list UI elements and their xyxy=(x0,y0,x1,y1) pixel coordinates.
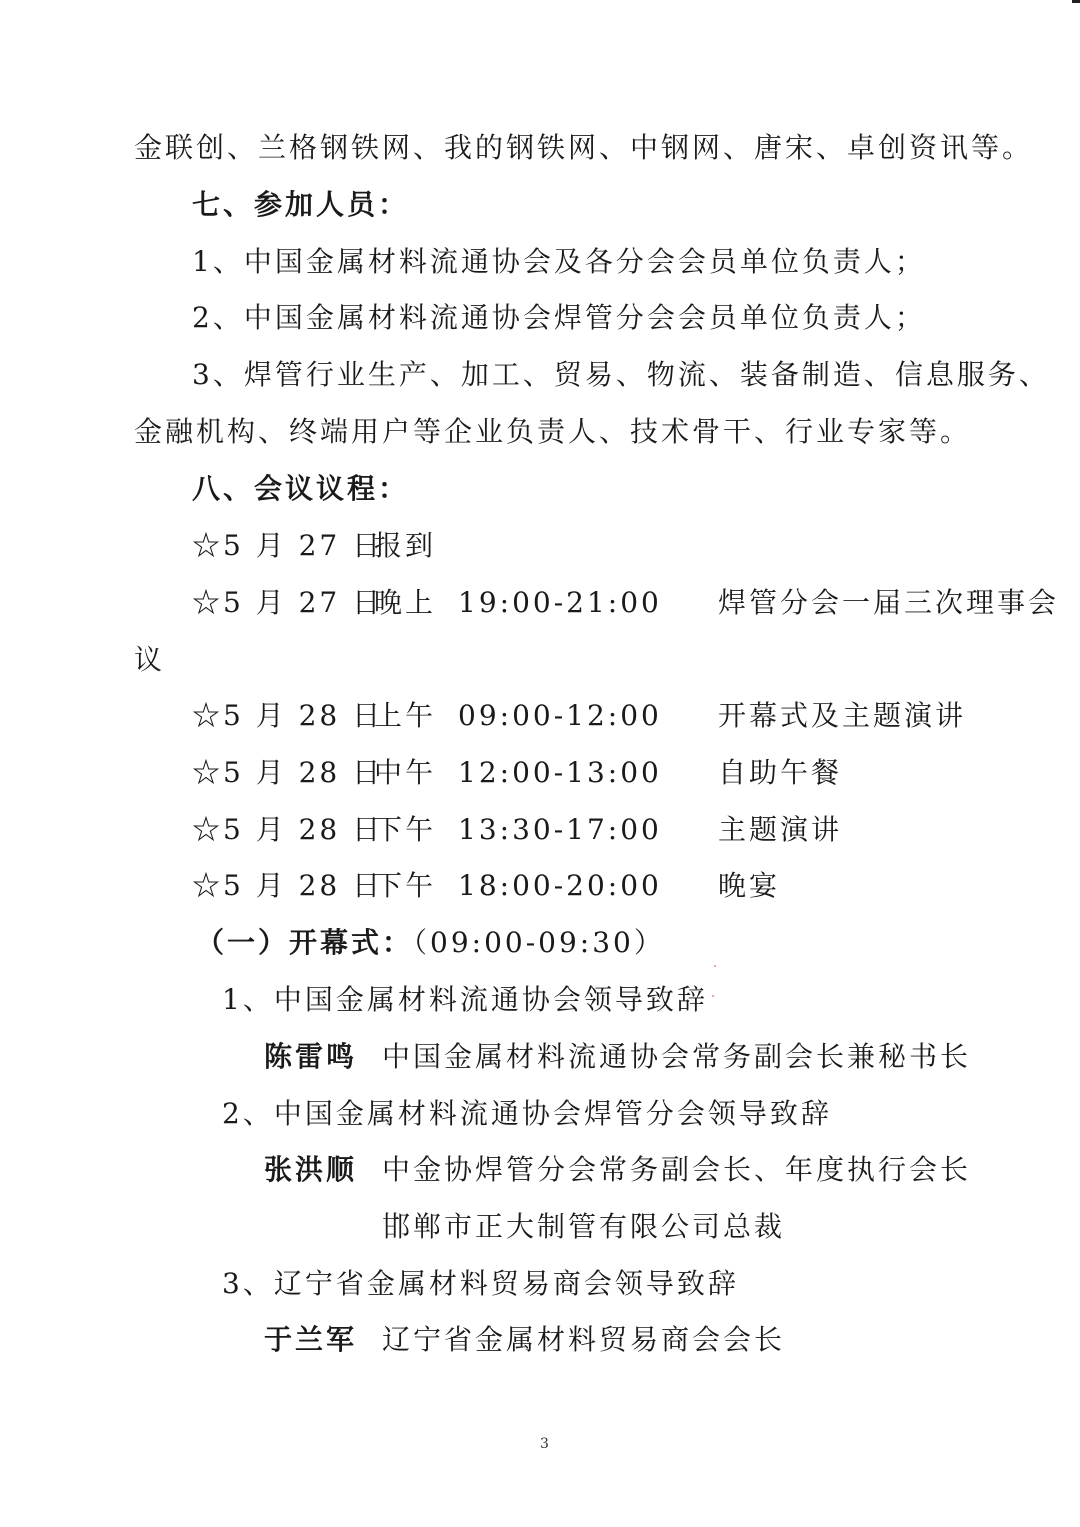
document-page: 金联创、兰格钢铁网、我的钢铁网、中钢网、唐宋、卓创资讯等。 七、参加人员： 1、… xyxy=(0,0,1080,1527)
scan-speck xyxy=(714,965,716,967)
participant-item: 1、中国金属材料流通协会及各分会会员单位负责人； xyxy=(192,244,926,280)
speaker-role: 中国金属材料流通协会常务副会长兼秘书长 xyxy=(382,1040,971,1073)
agenda-event: 主题演讲 xyxy=(718,813,842,846)
agenda-event-wrap: 议 xyxy=(134,642,165,678)
page-number: 3 xyxy=(540,1436,549,1452)
agenda-period: 下午 xyxy=(374,869,436,902)
speech-title: 1、中国金属材料流通协会领导致辞 xyxy=(222,982,708,1018)
scan-speck xyxy=(712,995,714,997)
agenda-date: ☆5 月 27 日 xyxy=(192,585,374,621)
speaker-row: 张洪顺中金协焊管分会常务副会长、年度执行会长 xyxy=(264,1152,971,1188)
agenda-time: 12:00-13:00 xyxy=(458,755,718,791)
agenda-event: 晚宴 xyxy=(718,869,780,902)
agenda-period: 晚上 xyxy=(374,586,436,619)
agenda-date: ☆5 月 28 日 xyxy=(192,868,374,904)
agenda-date: ☆5 月 28 日 xyxy=(192,755,374,791)
agenda-date: ☆5 月 28 日 xyxy=(192,698,374,734)
agenda-event: 自助午餐 xyxy=(718,756,842,789)
agenda-date: ☆5 月 28 日 xyxy=(192,812,374,848)
speaker-row: 陈雷鸣中国金属材料流通协会常务副会长兼秘书长 xyxy=(264,1039,971,1075)
scan-corner-mark xyxy=(1072,0,1080,3)
speaker-name: 于兰军 xyxy=(264,1322,382,1358)
agenda-period: 下午 xyxy=(374,813,436,846)
agenda-event: 开幕式及主题演讲 xyxy=(718,699,966,732)
speaker-row: 于兰军辽宁省金属材料贸易商会会长 xyxy=(264,1322,785,1358)
agenda-time: 18:00-20:00 xyxy=(458,868,718,904)
agenda-period: 上午 xyxy=(374,699,436,732)
speaker-name: 张洪顺 xyxy=(264,1152,382,1188)
participant-item: 2、中国金属材料流通协会焊管分会会员单位负责人； xyxy=(192,300,926,336)
agenda-row: ☆5 月 28 日上午09:00-12:00开幕式及主题演讲 xyxy=(192,698,966,734)
speech-title: 2、中国金属材料流通协会焊管分会领导致辞 xyxy=(222,1096,832,1132)
speech-title: 3、辽宁省金属材料贸易商会领导致辞 xyxy=(222,1266,739,1302)
opening-heading-label: （一）开幕式： xyxy=(196,926,413,959)
agenda-event: 报到 xyxy=(374,529,436,562)
agenda-row: ☆5 月 28 日下午13:30-17:00主题演讲 xyxy=(192,812,842,848)
agenda-row: ☆5 月 28 日下午18:00-20:00晚宴 xyxy=(192,868,780,904)
agenda-time: 13:30-17:00 xyxy=(458,812,718,848)
section-heading-participants: 七、参加人员： xyxy=(192,187,409,223)
agenda-row: ☆5 月 28 日中午12:00-13:00自助午餐 xyxy=(192,755,842,791)
intro-line: 金联创、兰格钢铁网、我的钢铁网、中钢网、唐宋、卓创资讯等。 xyxy=(134,130,1033,166)
speaker-role-continued: 邯郸市正大制管有限公司总裁 xyxy=(382,1209,785,1245)
section-heading-agenda: 八、会议议程： xyxy=(192,471,409,507)
speaker-role: 中金协焊管分会常务副会长、年度执行会长 xyxy=(382,1153,971,1186)
agenda-time: 19:00-21:00 xyxy=(458,585,718,621)
agenda-period: 中午 xyxy=(374,756,436,789)
agenda-date: ☆5 月 27 日 xyxy=(192,528,374,564)
agenda-row: ☆5 月 27 日晚上19:00-21:00焊管分会一届三次理事会 xyxy=(192,585,1059,621)
agenda-time: 09:00-12:00 xyxy=(458,698,718,734)
agenda-event: 焊管分会一届三次理事会 xyxy=(718,586,1059,619)
opening-ceremony-heading: （一）开幕式：（09:00-09:30） xyxy=(196,925,665,961)
opening-heading-time: （09:00-09:30） xyxy=(413,926,665,959)
speaker-name: 陈雷鸣 xyxy=(264,1039,382,1075)
participant-item-continued: 金融机构、终端用户等企业负责人、技术骨干、行业专家等。 xyxy=(134,414,971,450)
agenda-row: ☆5 月 27 日报到 xyxy=(192,528,436,564)
speaker-role: 辽宁省金属材料贸易商会会长 xyxy=(382,1323,785,1356)
participant-item: 3、焊管行业生产、加工、贸易、物流、装备制造、信息服务、 xyxy=(192,357,1050,393)
